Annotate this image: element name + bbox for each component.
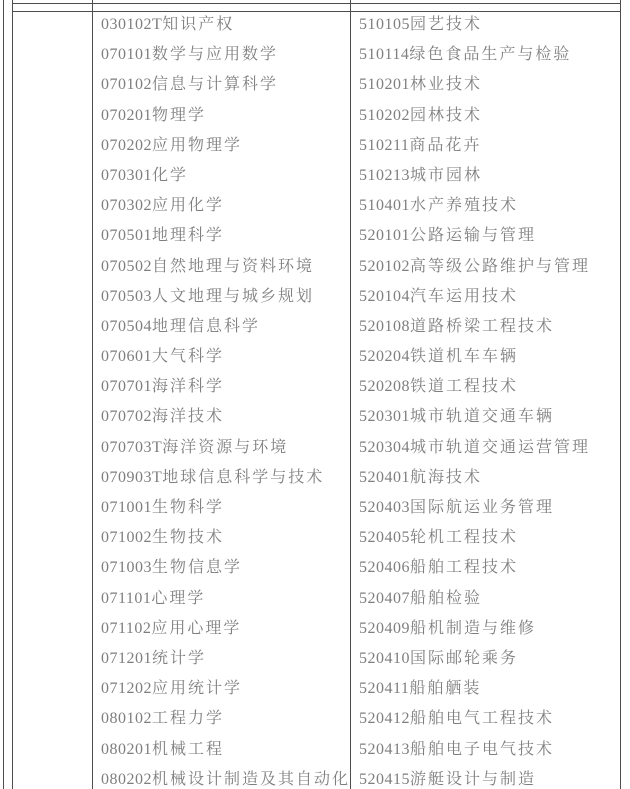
- major-name: 地理信息科学: [152, 318, 260, 335]
- majors-column-vocational: 510105园艺技术510114绿色食品生产与检验510201林业技术51020…: [351, 11, 620, 789]
- major-code: 520208: [359, 378, 410, 395]
- major-row: 070301化学: [93, 162, 350, 192]
- major-code: 071002: [101, 529, 152, 546]
- major-name: 船舶电子电气技术: [410, 741, 554, 758]
- major-row: 520204铁道机车车辆: [351, 343, 620, 373]
- major-row: 070703T海洋资源与环境: [93, 434, 350, 464]
- major-name: 航海技术: [410, 469, 482, 486]
- major-row: 071003生物信息学: [93, 554, 350, 584]
- table-divider-narrow-column: [12, 0, 13, 789]
- major-row: 520403国际航运业务管理: [351, 494, 620, 524]
- major-name: 机械设计制造及其自动化: [152, 771, 350, 788]
- major-name: 城市轨道交通运营管理: [410, 439, 590, 456]
- major-code: 070301: [101, 167, 152, 184]
- major-code: 071102: [101, 620, 151, 637]
- major-name: 应用心理学: [151, 620, 241, 637]
- major-name: 城市园林: [410, 167, 482, 184]
- major-code: 070701: [101, 378, 152, 395]
- major-code: 070703T: [101, 439, 162, 456]
- major-row: 520411船舶舾装: [351, 675, 620, 705]
- major-row: 071102应用心理学: [93, 615, 350, 645]
- major-code: 520412: [359, 710, 410, 727]
- major-name: 公路运输与管理: [410, 227, 536, 244]
- major-row: 080202机械设计制造及其自动化: [93, 766, 350, 789]
- major-row: 080201机械工程: [93, 736, 350, 766]
- major-row: 520301城市轨道交通车辆: [351, 403, 620, 433]
- major-code: 520403: [359, 499, 410, 516]
- table-row-border-upper: [12, 3, 620, 4]
- major-code: 520104: [359, 288, 410, 305]
- major-name: 林业技术: [410, 76, 482, 93]
- major-name: 生物科学: [152, 499, 224, 516]
- major-code: 520304: [359, 439, 410, 456]
- major-name: 国际航运业务管理: [410, 499, 554, 516]
- major-code: 510401: [359, 197, 410, 214]
- major-code: 520406: [359, 559, 410, 576]
- major-row: 070302应用化学: [93, 192, 350, 222]
- major-code: 070702: [101, 408, 152, 425]
- major-row: 510201林业技术: [351, 71, 620, 101]
- table-border-left: [3, 0, 4, 789]
- major-name: 高等级公路维护与管理: [410, 258, 590, 275]
- major-code: 070502: [101, 258, 152, 275]
- major-name: 地球信息科学与技术: [162, 469, 324, 486]
- major-name: 数学与应用数学: [152, 46, 278, 63]
- major-code: 510202: [359, 107, 410, 124]
- major-row: 510105园艺技术: [351, 11, 620, 41]
- major-name: 道路桥梁工程技术: [410, 318, 554, 335]
- major-code: 080102: [101, 710, 152, 727]
- major-row: 070504地理信息科学: [93, 313, 350, 343]
- major-row: 520102高等级公路维护与管理: [351, 253, 620, 283]
- major-row: 520409船机制造与维修: [351, 615, 620, 645]
- major-row: 510114绿色食品生产与检验: [351, 41, 620, 71]
- major-name: 自然地理与资料环境: [152, 258, 314, 275]
- major-code: 070101: [101, 46, 152, 63]
- major-row: 071202应用统计学: [93, 675, 350, 705]
- major-row: 071201统计学: [93, 645, 350, 675]
- major-code: 071201: [101, 650, 152, 667]
- major-row: 520108道路桥梁工程技术: [351, 313, 620, 343]
- major-code: 070903T: [101, 469, 162, 486]
- major-row: 520413船舶电子电气技术: [351, 736, 620, 766]
- major-row: 070202应用物理学: [93, 132, 350, 162]
- major-code: 520415: [359, 771, 410, 788]
- major-row: 070102信息与计算科学: [93, 71, 350, 101]
- major-row: 510213城市园林: [351, 162, 620, 192]
- major-name: 海洋科学: [152, 378, 224, 395]
- major-code: 520101: [359, 227, 410, 244]
- major-name: 物理学: [152, 107, 206, 124]
- major-row: 510202园林技术: [351, 102, 620, 132]
- table-border-right: [620, 0, 621, 789]
- major-code: 520301: [359, 408, 410, 425]
- major-row: 071101心理学: [93, 585, 350, 615]
- major-code: 520401: [359, 469, 410, 486]
- major-code: 520409: [359, 620, 410, 637]
- major-row: 070503人文地理与城乡规划: [93, 283, 350, 313]
- major-name: 应用统计学: [152, 680, 242, 697]
- major-row: 070701海洋科学: [93, 373, 350, 403]
- major-name: 心理学: [151, 590, 205, 607]
- major-row: 070201物理学: [93, 102, 350, 132]
- major-code: 510213: [359, 167, 410, 184]
- major-name: 铁道工程技术: [410, 378, 518, 395]
- major-name: 铁道机车车辆: [410, 348, 518, 365]
- major-code: 071003: [101, 559, 152, 576]
- major-name: 船舶工程技术: [410, 559, 518, 576]
- major-code: 080202: [101, 771, 152, 788]
- major-row: 070601大气科学: [93, 343, 350, 373]
- major-row: 510401水产养殖技术: [351, 192, 620, 222]
- major-name: 船舶电气工程技术: [410, 710, 554, 727]
- major-name: 人文地理与城乡规划: [152, 288, 314, 305]
- major-code: 520407: [359, 590, 410, 607]
- major-code: 070501: [101, 227, 152, 244]
- major-row: 520407船舶检验: [351, 585, 620, 615]
- major-row: 520412船舶电气工程技术: [351, 705, 620, 735]
- major-name: 船机制造与维修: [410, 620, 536, 637]
- major-name: 生物技术: [152, 529, 224, 546]
- major-name: 国际邮轮乘务: [410, 650, 518, 667]
- major-name: 知识产权: [162, 16, 234, 33]
- major-code: 070601: [101, 348, 152, 365]
- major-row: 520401航海技术: [351, 464, 620, 494]
- major-code: 510114: [359, 46, 409, 63]
- document-page: 030102T知识产权070101数学与应用数学070102信息与计算科学070…: [0, 0, 630, 789]
- major-row: 071002生物技术: [93, 524, 350, 554]
- major-code: 030102T: [101, 16, 162, 33]
- major-row: 520410国际邮轮乘务: [351, 645, 620, 675]
- major-row: 080102工程力学: [93, 705, 350, 735]
- major-name: 汽车运用技术: [410, 288, 518, 305]
- major-name: 游艇设计与制造: [410, 771, 536, 788]
- major-code: 071101: [101, 590, 151, 607]
- major-code: 510201: [359, 76, 410, 93]
- major-code: 520405: [359, 529, 410, 546]
- major-name: 机械工程: [152, 741, 224, 758]
- major-name: 大气科学: [152, 348, 224, 365]
- major-code: 520411: [359, 680, 409, 697]
- major-code: 070201: [101, 107, 152, 124]
- major-code: 520204: [359, 348, 410, 365]
- major-row: 520208铁道工程技术: [351, 373, 620, 403]
- major-name: 应用化学: [152, 197, 224, 214]
- major-code: 071001: [101, 499, 152, 516]
- major-row: 070702海洋技术: [93, 403, 350, 433]
- major-name: 水产养殖技术: [410, 197, 518, 214]
- majors-column-undergraduate: 030102T知识产权070101数学与应用数学070102信息与计算科学070…: [93, 11, 350, 789]
- major-code: 070202: [101, 137, 152, 154]
- major-name: 绿色食品生产与检验: [409, 46, 571, 63]
- major-name: 园艺技术: [410, 16, 482, 33]
- major-name: 船舶检验: [410, 590, 482, 607]
- major-code: 070504: [101, 318, 152, 335]
- major-row: 070903T地球信息科学与技术: [93, 464, 350, 494]
- major-row: 520415游艇设计与制造: [351, 766, 620, 789]
- major-row: 030102T知识产权: [93, 11, 350, 41]
- major-code: 070102: [101, 76, 152, 93]
- major-row: 070101数学与应用数学: [93, 41, 350, 71]
- major-row: 520304城市轨道交通运营管理: [351, 434, 620, 464]
- major-name: 地理科学: [152, 227, 224, 244]
- major-code: 520410: [359, 650, 410, 667]
- major-row: 070502自然地理与资料环境: [93, 253, 350, 283]
- major-name: 生物信息学: [152, 559, 242, 576]
- major-row: 510211商品花卉: [351, 132, 620, 162]
- major-code: 520413: [359, 741, 410, 758]
- major-name: 园林技术: [410, 107, 482, 124]
- major-name: 工程力学: [152, 710, 224, 727]
- major-code: 070503: [101, 288, 152, 305]
- major-name: 统计学: [152, 650, 206, 667]
- major-name: 海洋资源与环境: [162, 439, 288, 456]
- major-row: 520406船舶工程技术: [351, 554, 620, 584]
- major-row: 070501地理科学: [93, 222, 350, 252]
- major-row: 520405轮机工程技术: [351, 524, 620, 554]
- major-row: 071001生物科学: [93, 494, 350, 524]
- major-name: 城市轨道交通车辆: [410, 408, 554, 425]
- major-name: 海洋技术: [152, 408, 224, 425]
- major-name: 商品花卉: [409, 137, 481, 154]
- major-code: 080201: [101, 741, 152, 758]
- major-name: 船舶舾装: [409, 680, 481, 697]
- major-name: 轮机工程技术: [410, 529, 518, 546]
- major-code: 070302: [101, 197, 152, 214]
- major-code: 520108: [359, 318, 410, 335]
- major-name: 应用物理学: [152, 137, 242, 154]
- major-code: 520102: [359, 258, 410, 275]
- major-code: 510211: [359, 137, 409, 154]
- major-name: 信息与计算科学: [152, 76, 278, 93]
- major-code: 510105: [359, 16, 410, 33]
- major-row: 520104汽车运用技术: [351, 283, 620, 313]
- major-name: 化学: [152, 167, 188, 184]
- major-row: 520101公路运输与管理: [351, 222, 620, 252]
- major-code: 071202: [101, 680, 152, 697]
